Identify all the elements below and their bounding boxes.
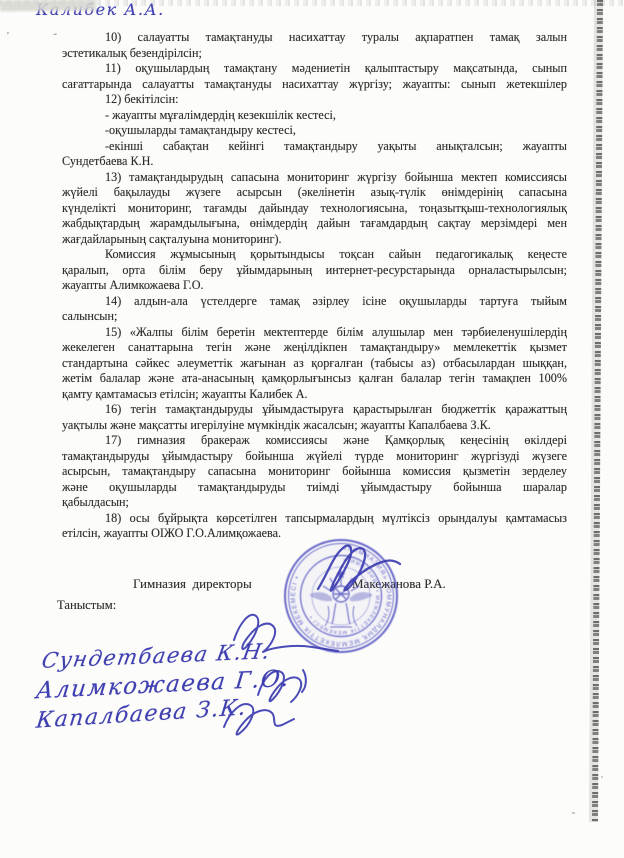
text-line: салынсын; — [62, 309, 567, 325]
acknowledgement-label: Таныстым: — [57, 598, 116, 613]
text-line: жетім балалар және ата-анасының қамқорлы… — [62, 371, 567, 387]
text-line: және оқушыларды тамақтандыруды тиімді ұй… — [62, 480, 567, 496]
text-line: 15) «Жалпы білім беретін мектептерде біл… — [62, 325, 567, 341]
text-line: эстетикалық безендірілсін; — [62, 46, 567, 62]
text-line: уақтылы және мақсатты игерілуіне мүмкінд… — [62, 418, 567, 434]
document-text: 10) салауатты тамақтануды насихаттау тур… — [62, 30, 567, 542]
handwritten-signature: Алимкожаева Г.О. — [36, 672, 290, 698]
handwritten-signature: Капалбаева З.К. — [36, 702, 247, 727]
text-line: Комиссия жұмысының қорытындысы тоқсан са… — [62, 247, 567, 263]
text-line: қаралып, орта білім беру ұйымдарының инт… — [62, 263, 567, 279]
text-line: 13) тамақтандырудың сапасына мониторинг … — [62, 170, 567, 186]
signature-name: Сундетбаева К.Н. — [40, 639, 273, 673]
text-line: Сундетбаева К.Н. — [62, 154, 567, 170]
text-line: асырсын, тамақтандыру сапасына мониторин… — [62, 464, 567, 480]
text-line: 11) оқушылардың тамақтану мәдениетін қал… — [62, 61, 567, 77]
signature-name: Алимкожаева Г.О. — [35, 666, 292, 705]
scanned-document-page: 10) салауатты тамақтануды насихаттау тур… — [0, 0, 624, 858]
text-line: -оқушыларды тамақтандыру кестесі, — [62, 123, 567, 139]
text-line: -екінші сабақтан кейінгі тамақтандыру уа… — [62, 139, 567, 155]
director-role-label: Гимназия директоры — [133, 576, 252, 592]
text-line: жүйелі бақылауды жүзеге асырсын (әкеліне… — [62, 185, 567, 201]
text-line: жабдықтардың жарамдылығына, өнімдердің д… — [62, 216, 567, 232]
signature-name: Капалбаева З.К. — [35, 695, 249, 733]
text-line: қамту қамтамасыз етілсін; жауапты Калибе… — [62, 387, 567, 403]
text-line: жауапты Алимкожаева Г.О. — [62, 278, 567, 294]
official-round-stamp: «ГИМНАЗИЯ» КОММУНАЛДЫҚ МЕМЛЕКЕТТІК МЕКЕМ… — [282, 537, 400, 655]
signature-flourish-2 — [258, 670, 306, 702]
scan-speck: ’ — [6, 30, 10, 42]
text-line: жекелеген санаттарына тегін және жеңілді… — [62, 340, 567, 356]
text-line: 10) салауатты тамақтануды насихаттау тур… — [62, 30, 567, 46]
text-line: жағдайларының сақталуына мониторинг). — [62, 232, 567, 248]
scan-speck: ‑ — [51, 26, 59, 42]
text-line: 16) тегін тамақтандыруды ұйымдастыруға қ… — [62, 402, 567, 418]
text-line: 17) гимназия бракераж комиссиясы және Қа… — [62, 433, 567, 449]
scan-speck — [601, 776, 603, 778]
stamp-seal-icon: «ГИМНАЗИЯ» КОММУНАЛДЫҚ МЕМЛЕКЕТТІК МЕКЕМ… — [282, 537, 400, 655]
text-line: сағаттарында салауатты тамақтануды насих… — [62, 77, 567, 93]
text-line: тамақтандыруды ұйымдастыру бойынша жүйел… — [62, 449, 567, 465]
handwritten-signature: Сундетбаева К.Н. — [42, 644, 271, 668]
signature-flourish-3 — [224, 704, 294, 735]
text-line: қабылдасын; — [62, 495, 567, 511]
text-line: 12) бекітілсін: — [62, 92, 567, 108]
text-line: стандартына сәйкес әлеуметтік жағынан аз… — [62, 356, 567, 372]
text-line: 18) осы бұйрықта көрсетілген тапсырмалар… — [62, 511, 567, 527]
scan-artifact-smudge — [0, 0, 96, 12]
text-line: 14) алдын-ала үстелдерге тамақ әзірлеу і… — [62, 294, 567, 310]
scan-speck — [572, 812, 575, 814]
text-line: - жауапты мұғалімдердің кезекшілік кесте… — [62, 108, 567, 124]
text-line: күнделікті мониторинг, тағамды дайындау … — [62, 201, 567, 217]
